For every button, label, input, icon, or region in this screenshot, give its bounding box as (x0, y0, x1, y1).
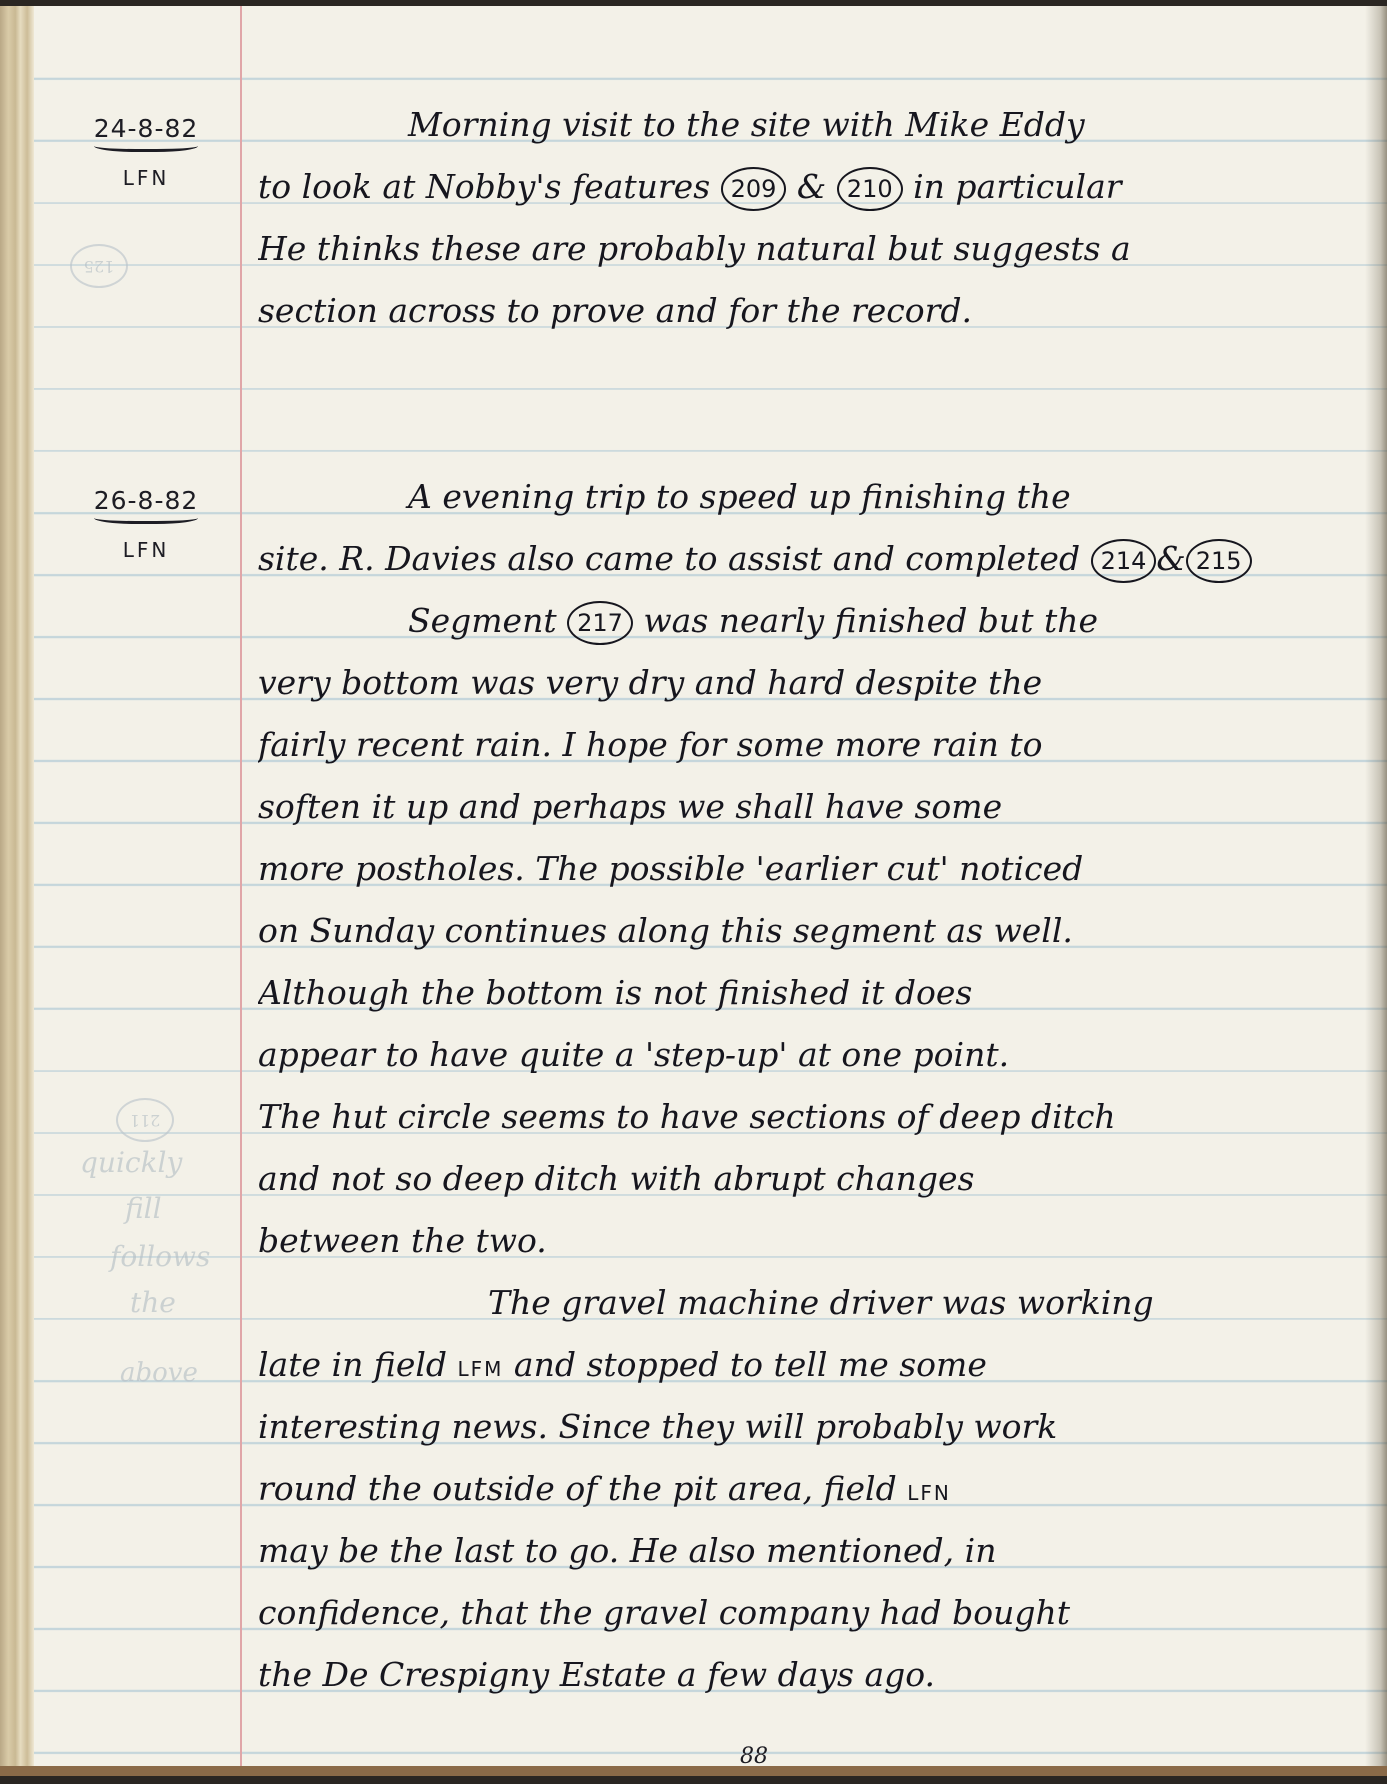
text-line: The hut circle seems to have sections of… (258, 1086, 1357, 1148)
text-line: very bottom was very dry and hard despit… (258, 652, 1357, 714)
feature-number-circled: 214 (1091, 539, 1157, 583)
text-line: site. R. Davies also came to assist and … (258, 528, 1357, 590)
notebook-page: 125 211 quickly fill follows the above 2… (0, 6, 1387, 1776)
text-line: and not so deep ditch with abrupt change… (258, 1148, 1357, 1210)
text-line: round the outside of the pit area, field… (258, 1458, 1357, 1520)
text-line: He thinks these are probably natural but… (258, 218, 1357, 280)
text-span: was nearly finished but the (633, 601, 1098, 640)
site-code: LFN (56, 166, 236, 190)
field-code: LFM (458, 1357, 504, 1381)
text-line: Segment 217 was nearly finished but the (258, 590, 1357, 652)
text-line: interesting news. Since they will probab… (258, 1396, 1357, 1458)
text-line: more postholes. The possible 'earlier cu… (258, 838, 1357, 900)
text-span: and stopped to tell me some (503, 1345, 986, 1384)
text-line: A evening trip to speed up finishing the (258, 466, 1357, 528)
field-code: LFN (907, 1481, 951, 1505)
text-span: & (786, 167, 836, 206)
text-line: Morning visit to the site with Mike Eddy (258, 94, 1357, 156)
entry-date-column: 24-8-82 LFN (56, 114, 236, 190)
text-line: appear to have quite a 'step-up' at one … (258, 1024, 1357, 1086)
text-span: round the outside of the pit area, field (258, 1469, 907, 1508)
entry-body: A evening trip to speed up finishing the… (258, 466, 1357, 1706)
book-bottom-edge (0, 1766, 1387, 1776)
entry-date: 26-8-82 (94, 486, 199, 524)
text-line: may be the last to go. He also mentioned… (258, 1520, 1357, 1582)
text-line: on Sunday continues along this segment a… (258, 900, 1357, 962)
text-span: in particular (903, 167, 1122, 206)
feature-number-circled: 217 (567, 601, 633, 645)
text-line: section across to prove and for the reco… (258, 280, 1357, 342)
entry-body: Morning visit to the site with Mike Eddy… (258, 94, 1357, 342)
text-span: site. R. Davies also came to assist and … (258, 539, 1091, 578)
text-span: Segment (408, 601, 567, 640)
page-edge-shadow (1365, 6, 1387, 1776)
text-span: to look at Nobby's features (258, 167, 721, 206)
text-span: late in field (258, 1345, 458, 1384)
text-line: Although the bottom is not finished it d… (258, 962, 1357, 1024)
entry-date: 24-8-82 (94, 114, 199, 152)
margin-line (240, 6, 242, 1776)
text-span: & (1156, 539, 1185, 578)
text-line: fairly recent rain. I hope for some more… (258, 714, 1357, 776)
text-line: late in field LFM and stopped to tell me… (258, 1334, 1357, 1396)
text-line: between the two. (258, 1210, 1357, 1272)
text-line: to look at Nobby's features 209 & 210 in… (258, 156, 1357, 218)
book-binding (0, 6, 34, 1776)
text-line: confidence, that the gravel company had … (258, 1582, 1357, 1644)
text-line: the De Crespigny Estate a few days ago. (258, 1644, 1357, 1706)
feature-number-circled: 209 (721, 167, 787, 211)
entry-date-column: 26-8-82 LFN (56, 486, 236, 562)
site-code: LFN (56, 538, 236, 562)
feature-number-circled: 210 (837, 167, 903, 211)
text-line: soften it up and perhaps we shall have s… (258, 776, 1357, 838)
text-line: The gravel machine driver was working (258, 1272, 1357, 1334)
feature-number-circled: 215 (1186, 539, 1252, 583)
